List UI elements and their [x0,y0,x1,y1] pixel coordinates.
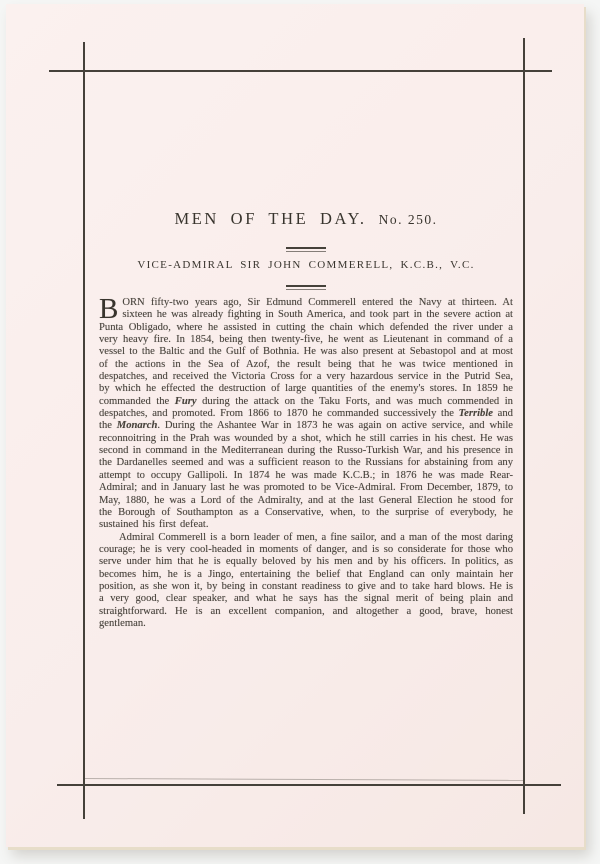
frame-bottom-rule [57,784,561,786]
article-paragraph: Admiral Commerell is a born leader of me… [99,532,513,631]
ship-name: Fury [175,396,197,407]
ship-name: Monarch [117,420,158,431]
series-title: MEN OF THE DAY. [174,209,366,228]
frame-bottom-inner-rule [85,778,525,781]
ship-name: Terrible [459,408,493,419]
article-subtitle: VICE-ADMIRAL SIR JOHN COMMERELL, K.C.B.,… [99,259,513,271]
body-text: Admiral Commerell is a born leader of me… [99,532,513,629]
article-body: BORN fifty-two years ago, Sir Edmund Com… [99,297,513,630]
body-text: ORN fifty-two years ago, Sir Edmund Comm… [99,297,513,407]
frame-left-rule [83,42,85,819]
double-rule-divider-bottom [99,285,513,290]
scan-background: MEN OF THE DAY.No. 250. VICE-ADMIRAL SIR… [0,0,600,864]
divider-bars [286,247,326,252]
divider-bars [286,285,326,290]
frame-right-rule [523,38,525,814]
issue-number: No. 250. [379,212,438,227]
frame-top-rule [49,70,552,72]
article-paragraph: BORN fifty-two years ago, Sir Edmund Com… [99,297,513,532]
double-rule-divider-top [99,247,513,252]
body-text: . During the Ashantee War in 1873 he was… [99,420,513,530]
masthead: MEN OF THE DAY.No. 250. [99,209,513,229]
drop-cap-initial: B [99,297,122,320]
document-page: MEN OF THE DAY.No. 250. VICE-ADMIRAL SIR… [6,4,584,847]
